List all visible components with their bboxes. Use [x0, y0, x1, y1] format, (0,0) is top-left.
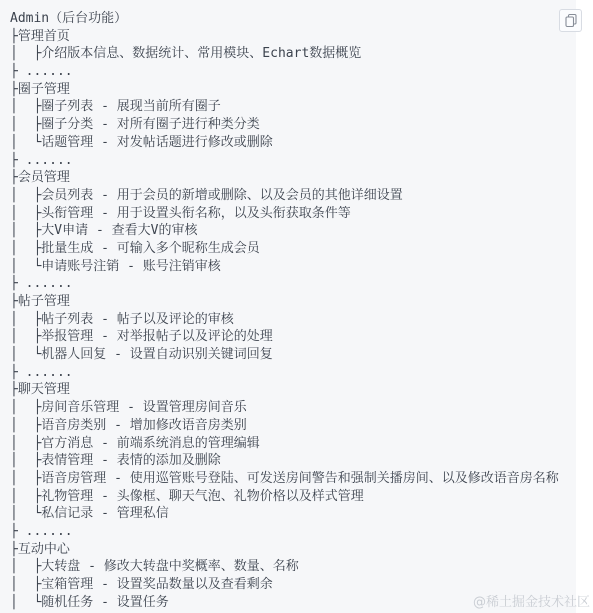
tree-line: ├会员管理 [10, 169, 550, 187]
tree-line: ├ ...... [10, 275, 550, 293]
tree-line: │ ├帖子列表 - 帖子以及评论的审核 [10, 311, 550, 329]
tree-line: │ └随机任务 - 设置任务 [10, 594, 550, 612]
tree-line: ├管理首页 [10, 28, 550, 46]
tree-line: │ ├房间音乐管理 - 设置管理房间音乐 [10, 399, 550, 417]
tree-line: ├帖子管理 [10, 293, 550, 311]
tree-line: ├互动中心 [10, 541, 550, 559]
tree-line: │ ├介绍版本信息、数据统计、常用模块、Echart数据概览 [10, 45, 550, 63]
tree-line: │ ├圈子列表 - 展现当前所有圈子 [10, 98, 550, 116]
tree-line: │ ├宝箱管理 - 设置奖品数量以及查看剩余 [10, 576, 550, 594]
copy-code-button[interactable] [559, 9, 582, 32]
tree-line: ├ ...... [10, 523, 550, 541]
tree-line: │ ├批量生成 - 可输入多个昵称生成会员 [10, 240, 550, 258]
tree-line: │ └申请账号注销 - 账号注销审核 [10, 258, 550, 276]
tree-line: ├聊天管理 [10, 381, 550, 399]
tree-line: │ ├大V申请 - 查看大V的审核 [10, 222, 550, 240]
tree-line: │ ├语音房类别 - 增加修改语音房类别 [10, 417, 550, 435]
tree-line: │ ├官方消息 - 前端系统消息的管理编辑 [10, 435, 550, 453]
article-code-snippet: { "code_block": { "bg_color": "#f6f7f9",… [0, 0, 593, 613]
tree-line: ├ ...... [10, 152, 550, 170]
tree-line: │ ├表情管理 - 表情的添加及删除 [10, 452, 550, 470]
tree-line: │ ├语音房管理 - 使用巡管账号登陆、可发送房间警告和强制关播房间、以及修改语… [10, 470, 550, 488]
tree-line: ├ ...... [10, 364, 550, 382]
tree-line: │ ├举报管理 - 对举报帖子以及评论的处理 [10, 328, 550, 346]
tree-line: │ ├圈子分类 - 对所有圈子进行种类分类 [10, 116, 550, 134]
tree-line: │ ├头衔管理 - 用于设置头衔名称，以及头衔获取条件等 [10, 205, 550, 223]
tree-line: │ └私信记录 - 管理私信 [10, 505, 550, 523]
admin-feature-tree: Admin（后台功能）├管理首页│ ├介绍版本信息、数据统计、常用模块、Echa… [0, 0, 576, 613]
tree-line: │ ├会员列表 - 用于会员的新增或删除、以及会员的其他详细设置 [10, 187, 550, 205]
copy-icon [564, 13, 578, 28]
tree-line: │ └机器人回复 - 设置自动识别关键词回复 [10, 346, 550, 364]
code-block: Admin（后台功能）├管理首页│ ├介绍版本信息、数据统计、常用模块、Echa… [0, 0, 576, 613]
tree-line: ├圈子管理 [10, 81, 550, 99]
tree-line: │ ├大转盘 - 修改大转盘中奖概率、数量、名称 [10, 558, 550, 576]
tree-line: ├ ...... [10, 63, 550, 81]
tree-line: Admin（后台功能） [10, 10, 550, 28]
tree-line: │ ├礼物管理 - 头像框、聊天气泡、礼物价格以及样式管理 [10, 488, 550, 506]
tree-line: │ └话题管理 - 对发帖话题进行修改或删除 [10, 134, 550, 152]
